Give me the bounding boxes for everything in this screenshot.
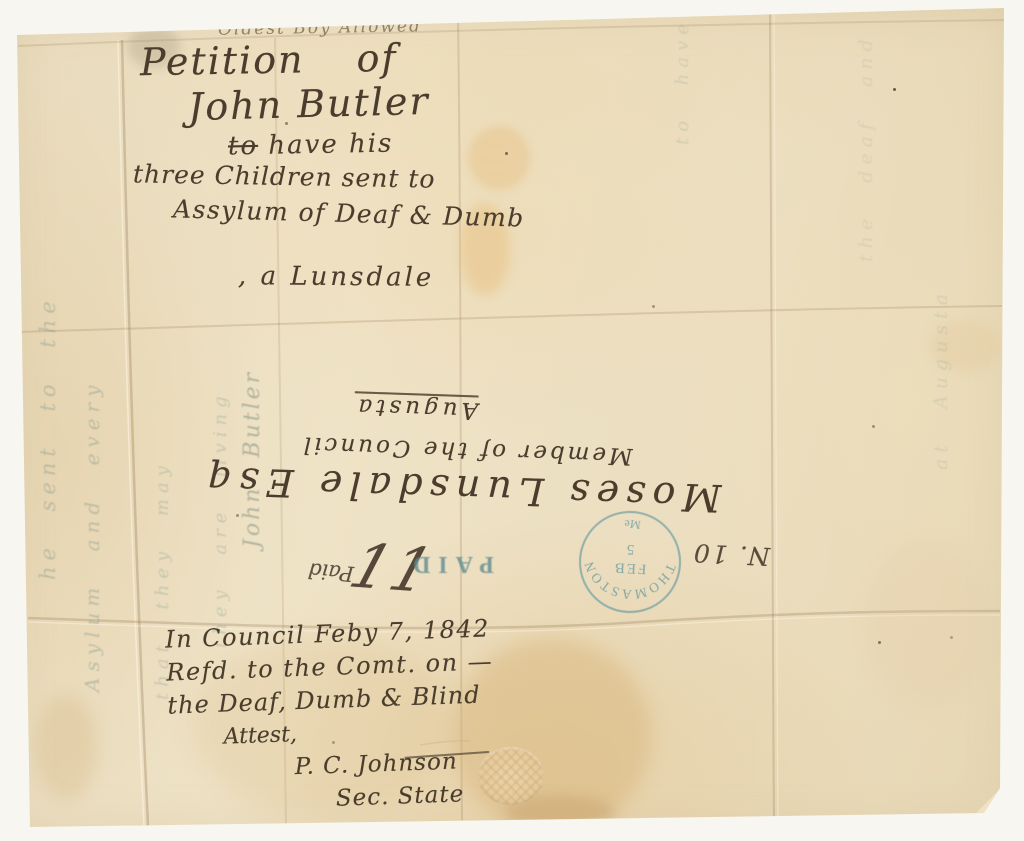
petition-word: Petition (140, 37, 305, 84)
postmark-day-text: 5 (627, 541, 635, 557)
petition-title-line: Petitionof (140, 36, 398, 84)
paid-handstamp: PAID (405, 550, 494, 577)
paper-specks (893, 88, 896, 91)
scanned-letter-view: he sent to the Asylum and every John But… (0, 0, 1024, 841)
council-endorsement: In Council Feby 7, 1842 Refd. to the Com… (165, 612, 492, 821)
bleedthrough-script: they are living (210, 390, 231, 648)
petitioner-name: John Butler (187, 79, 430, 129)
petition-of-word: of (356, 36, 398, 81)
bleedthrough-script: to have (672, 18, 693, 145)
paper-sheet: he sent to the Asylum and every John But… (0, 0, 1024, 841)
petition-line-6: , a Lunsdale (238, 261, 435, 293)
postmark-month-text: FEB (613, 559, 647, 577)
postmark-graphic: THOMASTON Me FEB 5 (572, 504, 688, 620)
paid-manuscript: Paid (307, 558, 355, 586)
secretary-title: Sec. State (335, 777, 491, 815)
struck-word: to (228, 131, 259, 162)
docket-number-note: N. 10 (691, 538, 770, 571)
petition-line-3-text: have his (268, 129, 394, 161)
thomaston-postmark: THOMASTON Me FEB 5 (572, 504, 688, 620)
bleedthrough-script: the deaf and (855, 33, 877, 262)
petition-line-4: three Children sent to (133, 159, 436, 193)
postmark-state-text: Me (622, 516, 641, 532)
bleedthrough-script: at Augusta (930, 288, 952, 470)
address-panel-inverted: Moses Lunsdale Esq Member of the Council… (256, 362, 726, 520)
svg-text:Me: Me (622, 516, 641, 532)
petition-line-3: to have his (228, 129, 394, 162)
bleedthrough-script: he sent to the (36, 295, 60, 580)
bleedthrough-script: Asylum and every (80, 380, 104, 692)
